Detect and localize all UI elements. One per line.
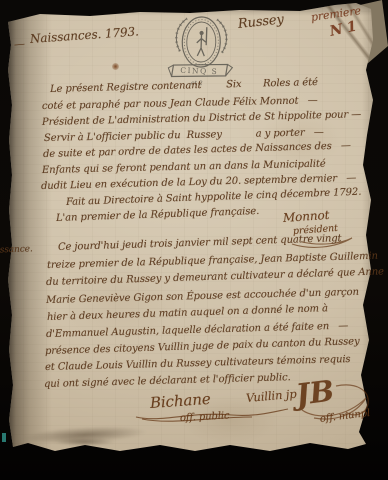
stamp-banner-text: CINQ S xyxy=(180,66,218,76)
acte-line-3: du territoire du Russey y demeurant cult… xyxy=(46,266,384,288)
page-content: — Naissances. 1793. Russey premiere N 1 xyxy=(0,0,388,480)
closing-line-2: L'an premier de la République française. xyxy=(56,206,260,224)
signature-juge-de-paix: Vuillin jp xyxy=(245,387,297,405)
acte-line-7: présence des citoyens Vuillin juge de pa… xyxy=(45,336,360,357)
stamp-banner: CINQ S xyxy=(168,62,232,78)
scanned-register-page: — Naissances. 1793. Russey premiere N 1 xyxy=(0,0,388,480)
register-title: Naissances. 1793. xyxy=(30,24,140,46)
margin-dash: — xyxy=(13,37,25,51)
folio-mark: N 1 xyxy=(328,19,358,40)
acte-line-5: hier à deux heures du matin auquel on a … xyxy=(47,303,328,323)
registre-line-6: Enfants qui se feront pendant un an dans… xyxy=(42,159,326,176)
liberty-figure-icon xyxy=(196,27,207,56)
registre-line-2: coté et paraphé par nous Jean Claude Fél… xyxy=(42,95,318,112)
margin-note: Naissance. xyxy=(0,244,33,256)
registre-line-5: de suite et par ordre de dates les actes… xyxy=(43,140,351,160)
acte-line-1: Ce jourd'hui jeudi trois janvier mil sep… xyxy=(58,233,342,253)
monnot-signature: Monnot xyxy=(283,208,330,225)
acte-line-9: qui ont signé avec le déclarant et l'off… xyxy=(44,372,291,390)
place-annotation: Russey xyxy=(237,12,284,32)
registre-line-1: Le présent Registre contenant Six Roles … xyxy=(50,77,318,95)
registre-line-3: Président de L'administration du Distric… xyxy=(42,109,361,128)
revenue-stamp: CINQ S et 2 xyxy=(167,11,236,89)
acte-line-8: et Claude Louis Vuillin du Russey cultiv… xyxy=(45,354,351,373)
